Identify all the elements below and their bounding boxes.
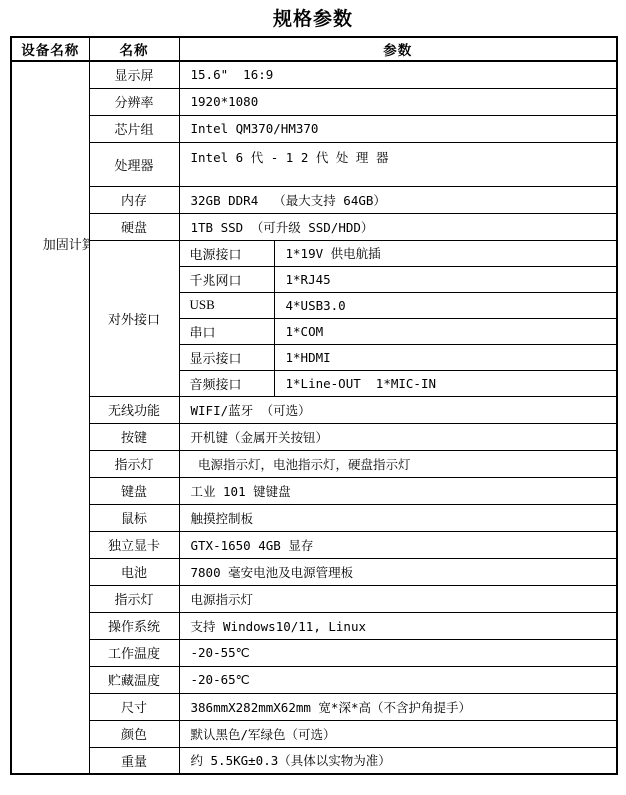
spec-sub-row: 对外接口电源接口1*19V 供电航插 bbox=[11, 240, 617, 266]
spec-value: 电源指示灯 bbox=[179, 585, 617, 612]
spec-label: 按键 bbox=[89, 423, 179, 450]
spec-value: -20-65℃ bbox=[179, 666, 617, 693]
spec-row: 尺寸386mmX282mmX62mm 宽*深*高（不含护角提手） bbox=[11, 693, 617, 720]
spec-group-label: 对外接口 bbox=[89, 240, 179, 396]
spec-label: 电池 bbox=[89, 558, 179, 585]
spec-label: 内存 bbox=[89, 186, 179, 213]
spec-label: 指示灯 bbox=[89, 450, 179, 477]
spec-value: GTX-1650 4GB 显存 bbox=[179, 531, 617, 558]
spec-sub-value: 1*Line-OUT 1*MIC-IN bbox=[274, 370, 617, 396]
spec-label: 重量 bbox=[89, 747, 179, 774]
spec-row: 指示灯电源指示灯 bbox=[11, 585, 617, 612]
header-param: 参数 bbox=[179, 37, 617, 61]
spec-sub-value: 1*COM bbox=[274, 318, 617, 344]
page-title: 规格参数 bbox=[0, 4, 626, 31]
spec-value: 电源指示灯，电池指示灯，硬盘指示灯 bbox=[179, 450, 617, 477]
spec-row: 硬盘1TB SSD （可升级 SSD/HDD） bbox=[11, 213, 617, 240]
spec-sub-value: 4*USB3.0 bbox=[274, 292, 617, 318]
spec-sub-value: 1*19V 供电航插 bbox=[274, 240, 617, 266]
spec-label: 无线功能 bbox=[89, 396, 179, 423]
spec-value: 默认黑色/军绿色（可选） bbox=[179, 720, 617, 747]
header-name: 名称 bbox=[89, 37, 179, 61]
spec-value: 1920*1080 bbox=[179, 88, 617, 115]
header-device-name: 设备名称 bbox=[11, 37, 89, 61]
spec-row: 加固计算机显示屏15.6" 16:9 bbox=[11, 61, 617, 88]
spec-value: -20-55℃ bbox=[179, 639, 617, 666]
spec-value: WIFI/蓝牙 （可选） bbox=[179, 396, 617, 423]
spec-sub-label: 电源接口 bbox=[179, 240, 274, 266]
spec-value: 约 5.5KG±0.3（具体以实物为准） bbox=[179, 747, 617, 774]
spec-label: 尺寸 bbox=[89, 693, 179, 720]
spec-value: 工业 101 键键盘 bbox=[179, 477, 617, 504]
spec-sub-label: 千兆网口 bbox=[179, 266, 274, 292]
spec-value: 支持 Windows10/11, Linux bbox=[179, 612, 617, 639]
spec-sub-label: 音频接口 bbox=[179, 370, 274, 396]
spec-row: 无线功能WIFI/蓝牙 （可选） bbox=[11, 396, 617, 423]
spec-row: 指示灯 电源指示灯，电池指示灯，硬盘指示灯 bbox=[11, 450, 617, 477]
spec-table-header: 设备名称 名称 参数 bbox=[11, 37, 617, 61]
spec-value: 7800 毫安电池及电源管理板 bbox=[179, 558, 617, 585]
device-name-cell: 加固计算机 bbox=[11, 61, 89, 774]
spec-value: Intel 6 代 - 1 2 代 处 理 器 bbox=[179, 142, 617, 186]
spec-row: 处理器Intel 6 代 - 1 2 代 处 理 器 bbox=[11, 142, 617, 186]
spec-value: Intel QM370/HM370 bbox=[179, 115, 617, 142]
spec-row: 电池7800 毫安电池及电源管理板 bbox=[11, 558, 617, 585]
spec-sub-label: 串口 bbox=[179, 318, 274, 344]
spec-row: 分辨率1920*1080 bbox=[11, 88, 617, 115]
spec-label: 独立显卡 bbox=[89, 531, 179, 558]
spec-value: 1TB SSD （可升级 SSD/HDD） bbox=[179, 213, 617, 240]
spec-row: 内存32GB DDR4 （最大支持 64GB） bbox=[11, 186, 617, 213]
spec-row: 工作温度-20-55℃ bbox=[11, 639, 617, 666]
spec-label: 硬盘 bbox=[89, 213, 179, 240]
spec-label: 指示灯 bbox=[89, 585, 179, 612]
spec-label: 鼠标 bbox=[89, 504, 179, 531]
spec-value: 15.6" 16:9 bbox=[179, 61, 617, 88]
spec-row: 鼠标触摸控制板 bbox=[11, 504, 617, 531]
spec-row: 颜色默认黑色/军绿色（可选） bbox=[11, 720, 617, 747]
spec-row: 贮藏温度-20-65℃ bbox=[11, 666, 617, 693]
document-page: 规格参数 设备名称 名称 参数 加固计算机显示屏15.6" 16:9分辨率192… bbox=[0, 0, 626, 795]
spec-label: 工作温度 bbox=[89, 639, 179, 666]
spec-sub-value: 1*RJ45 bbox=[274, 266, 617, 292]
spec-sub-value: 1*HDMI bbox=[274, 344, 617, 370]
spec-label: 颜色 bbox=[89, 720, 179, 747]
spec-table: 设备名称 名称 参数 加固计算机显示屏15.6" 16:9分辨率1920*108… bbox=[10, 36, 618, 775]
spec-value: 触摸控制板 bbox=[179, 504, 617, 531]
spec-row: 重量约 5.5KG±0.3（具体以实物为准） bbox=[11, 747, 617, 774]
spec-row: 按键开机键（金属开关按钮） bbox=[11, 423, 617, 450]
spec-row: 键盘工业 101 键键盘 bbox=[11, 477, 617, 504]
spec-label: 分辨率 bbox=[89, 88, 179, 115]
spec-label: 处理器 bbox=[89, 142, 179, 186]
spec-label: 操作系统 bbox=[89, 612, 179, 639]
spec-row: 独立显卡GTX-1650 4GB 显存 bbox=[11, 531, 617, 558]
spec-label: 显示屏 bbox=[89, 61, 179, 88]
spec-value: 386mmX282mmX62mm 宽*深*高（不含护角提手） bbox=[179, 693, 617, 720]
device-name-text: 加固计算机 bbox=[43, 238, 58, 252]
spec-label: 贮藏温度 bbox=[89, 666, 179, 693]
spec-row: 操作系统支持 Windows10/11, Linux bbox=[11, 612, 617, 639]
spec-label: 芯片组 bbox=[89, 115, 179, 142]
header-row: 设备名称 名称 参数 bbox=[11, 37, 617, 61]
spec-label: 键盘 bbox=[89, 477, 179, 504]
spec-row: 芯片组Intel QM370/HM370 bbox=[11, 115, 617, 142]
spec-table-body: 加固计算机显示屏15.6" 16:9分辨率1920*1080芯片组Intel Q… bbox=[11, 61, 617, 774]
spec-sub-label: USB bbox=[179, 292, 274, 318]
spec-value: 开机键（金属开关按钮） bbox=[179, 423, 617, 450]
spec-sub-label: 显示接口 bbox=[179, 344, 274, 370]
spec-value: 32GB DDR4 （最大支持 64GB） bbox=[179, 186, 617, 213]
